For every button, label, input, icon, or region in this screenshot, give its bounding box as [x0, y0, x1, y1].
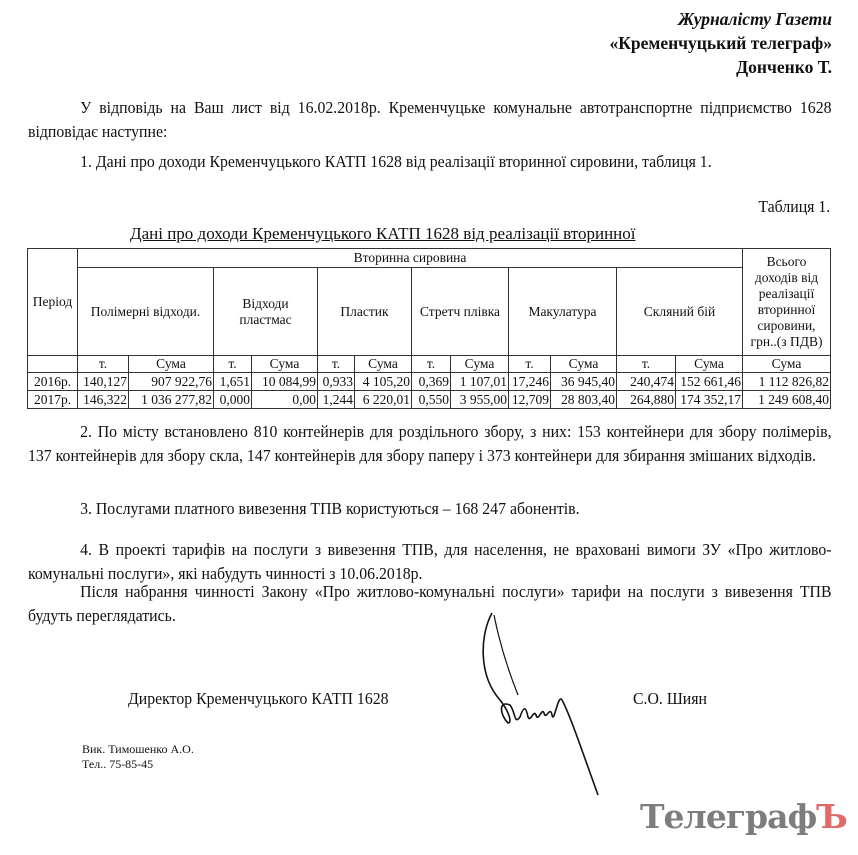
cell-tonnes: 1,244	[318, 391, 355, 409]
cell-sum: 152 661,46	[676, 373, 743, 391]
unit-sum: Сума	[252, 356, 318, 373]
unit-tonnes: т.	[509, 356, 551, 373]
executor-name: Вик. Тимошенко А.О.	[82, 742, 194, 757]
signature-name: С.О. Шиян	[633, 689, 707, 709]
intro-text: У відповідь на Ваш лист від 16.02.2018р.…	[28, 98, 832, 141]
cell-tonnes: 0,550	[412, 391, 451, 409]
header-group: Вторинна сировина	[78, 249, 743, 268]
cell-total: 1 249 608,40	[743, 391, 831, 409]
category-header: Макулатура	[509, 268, 617, 356]
row-period: 2017р.	[28, 391, 78, 409]
cell-tonnes: 17,246	[509, 373, 551, 391]
unit-sum: Сума	[129, 356, 214, 373]
cell-sum: 907 922,76	[129, 373, 214, 391]
item-4-text: 4. В проекті тарифів на послуги з вивезе…	[28, 540, 832, 583]
cell-total: 1 112 826,82	[743, 373, 831, 391]
signature-icon	[470, 605, 610, 805]
logo-accent: Ъ	[816, 797, 847, 836]
cell-sum: 0,00	[252, 391, 318, 409]
item-1-paragraph: 1. Дані про доходи Кременчуцького КАТП 1…	[28, 150, 832, 174]
addressee-line-3: Донченко Т.	[609, 55, 832, 79]
unit-sum: Сума	[355, 356, 412, 373]
cell-sum: 174 352,17	[676, 391, 743, 409]
executor-phone: Тел.. 75-85-45	[82, 757, 194, 772]
cell-tonnes: 140,127	[78, 373, 129, 391]
unit-tonnes: т.	[412, 356, 451, 373]
category-header: Стретч плівка	[412, 268, 509, 356]
unit-blank	[28, 356, 78, 373]
table-row: 2016р.140,127907 922,761,65110 084,990,9…	[28, 373, 831, 391]
cell-tonnes: 12,709	[509, 391, 551, 409]
unit-tonnes: т.	[214, 356, 252, 373]
cell-sum: 36 945,40	[551, 373, 617, 391]
unit-tonnes: т.	[318, 356, 355, 373]
category-header: Відходи пластмас	[214, 268, 318, 356]
addressee-line-1: Журналісту Газети	[609, 7, 832, 31]
category-header: Пластик	[318, 268, 412, 356]
category-header: Полімерні відходи.	[78, 268, 214, 356]
unit-tonnes: т.	[78, 356, 129, 373]
closing-paragraph: Після набрання чинності Закону «Про житл…	[28, 580, 832, 628]
logo-main: Телеграф	[640, 797, 816, 836]
cell-tonnes: 264,880	[617, 391, 676, 409]
cell-sum: 10 084,99	[252, 373, 318, 391]
cell-tonnes: 0,933	[318, 373, 355, 391]
row-period: 2016р.	[28, 373, 78, 391]
income-table: Період Вторинна сировина Всього доходів …	[27, 248, 831, 409]
intro-paragraph: У відповідь на Ваш лист від 16.02.2018р.…	[28, 96, 832, 144]
item-1-text: 1. Дані про доходи Кременчуцького КАТП 1…	[80, 152, 712, 171]
cell-sum: 1 107,01	[451, 373, 509, 391]
addressee-line-2: «Кременчуцький телеграф»	[609, 31, 832, 55]
header-total: Всього доходів від реалізації вторинної …	[743, 249, 831, 356]
closing-text: Після набрання чинності Закону «Про житл…	[28, 582, 832, 625]
telegraf-logo: ТелеграфЪ	[640, 797, 847, 836]
cell-tonnes: 240,474	[617, 373, 676, 391]
signature-position: Директор Кременчуцького КАТП 1628	[128, 689, 389, 709]
cell-tonnes: 0,000	[214, 391, 252, 409]
cell-sum: 1 036 277,82	[129, 391, 214, 409]
unit-tonnes: т.	[617, 356, 676, 373]
category-header: Скляний бій	[617, 268, 743, 356]
cell-tonnes: 0,369	[412, 373, 451, 391]
item-3-paragraph: 3. Послугами платного вивезення ТПВ кори…	[28, 497, 832, 521]
unit-sum: Сума	[676, 356, 743, 373]
item-4-paragraph: 4. В проекті тарифів на послуги з вивезе…	[28, 538, 832, 586]
item-2-paragraph: 2. По місту встановлено 810 контейнерів …	[28, 420, 832, 468]
cell-sum: 6 220,01	[355, 391, 412, 409]
item-3-text: 3. Послугами платного вивезення ТПВ кори…	[80, 499, 579, 518]
cell-sum: 28 803,40	[551, 391, 617, 409]
cell-tonnes: 1,651	[214, 373, 252, 391]
unit-total-sum: Сума	[743, 356, 831, 373]
cell-sum: 4 105,20	[355, 373, 412, 391]
addressee-block: Журналісту Газети «Кременчуцький телегра…	[609, 7, 832, 79]
table-label: Таблиця 1.	[758, 197, 830, 217]
table-row: 2017р.146,3221 036 277,820,0000,001,2446…	[28, 391, 831, 409]
cell-tonnes: 146,322	[78, 391, 129, 409]
table-title: Дані про доходи Кременчуцького КАТП 1628…	[130, 224, 636, 244]
cell-sum: 3 955,00	[451, 391, 509, 409]
unit-sum: Сума	[451, 356, 509, 373]
unit-sum: Сума	[551, 356, 617, 373]
item-2-text: 2. По місту встановлено 810 контейнерів …	[28, 422, 832, 465]
executor-block: Вик. Тимошенко А.О. Тел.. 75-85-45	[82, 742, 194, 772]
header-period: Період	[28, 249, 78, 356]
